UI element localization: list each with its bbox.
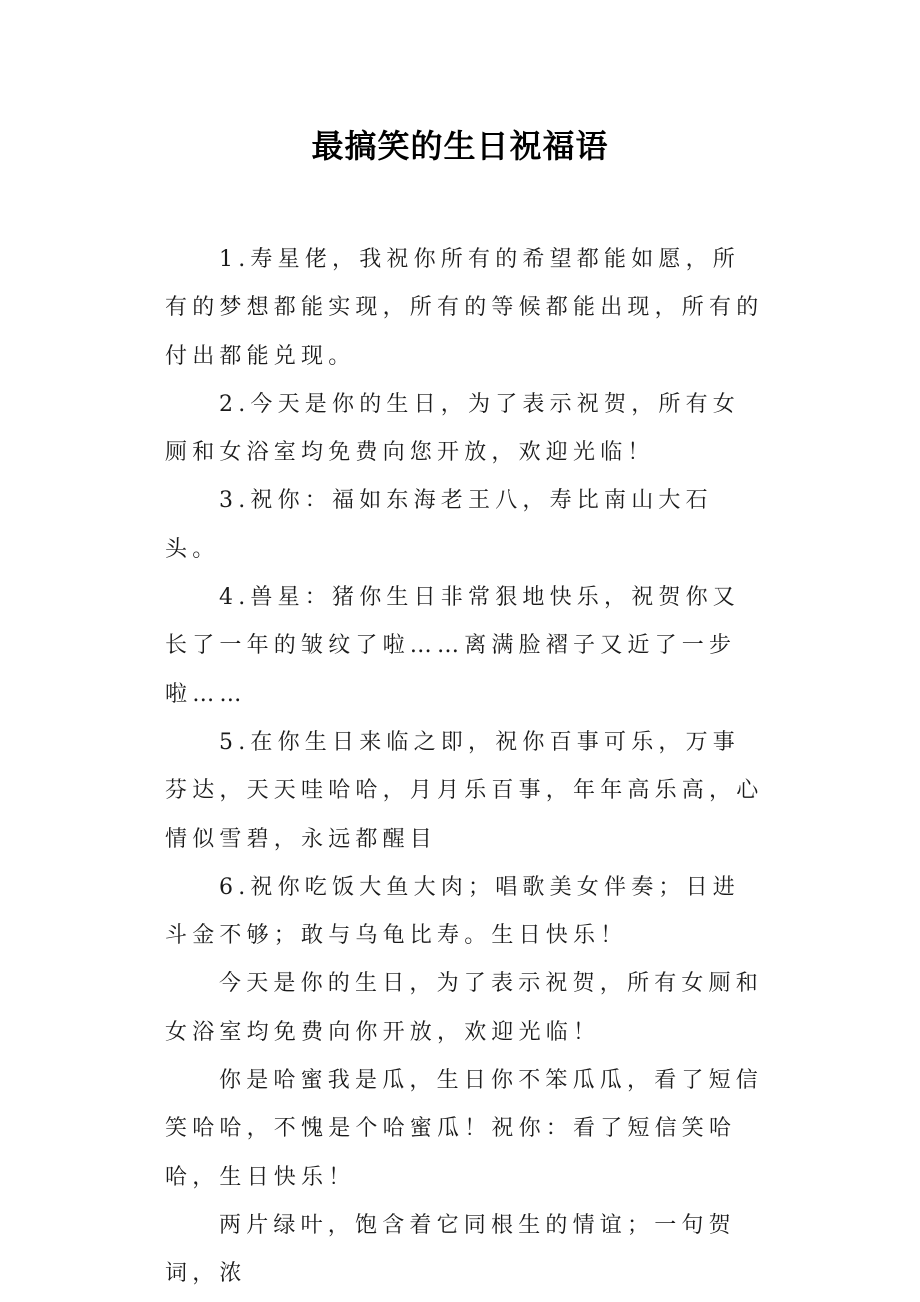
paragraph-4: 4.兽星：猪你生日非常狠地快乐，祝贺你又长了一年的皱纹了啦……离满脸褶子又近了一… <box>165 574 765 719</box>
document-body: 1.寿星佬，我祝你所有的希望都能如愿，所有的梦想都能实现，所有的等候都能出现，所… <box>165 236 765 1299</box>
paragraph-3: 3.祝你：福如东海老王八，寿比南山大石头。 <box>165 477 765 574</box>
paragraph-1: 1.寿星佬，我祝你所有的希望都能如愿，所有的梦想都能实现，所有的等候都能出现，所… <box>165 236 765 381</box>
paragraph-8: 你是哈蜜我是瓜，生日你不笨瓜瓜，看了短信笑哈哈，不愧是个哈蜜瓜！祝你：看了短信笑… <box>165 1057 765 1202</box>
paragraph-2: 2.今天是你的生日，为了表示祝贺，所有女厕和女浴室均免费向您开放，欢迎光临！ <box>165 381 765 478</box>
paragraph-7: 今天是你的生日，为了表示祝贺，所有女厕和女浴室均免费向你开放，欢迎光临！ <box>165 960 765 1057</box>
document-page: 最搞笑的生日祝福语 1.寿星佬，我祝你所有的希望都能如愿，所有的梦想都能实现，所… <box>0 0 920 1302</box>
paragraph-6: 6.祝你吃饭大鱼大肉；唱歌美女伴奏；日进斗金不够；敢与乌龟比寿。生日快乐！ <box>165 864 765 961</box>
paragraph-5: 5.在你生日来临之即，祝你百事可乐，万事芬达，天天哇哈哈，月月乐百事，年年高乐高… <box>165 719 765 864</box>
paragraph-9: 两片绿叶，饱含着它同根生的情谊；一句贺词，浓 <box>165 1202 765 1299</box>
document-title: 最搞笑的生日祝福语 <box>0 124 920 168</box>
